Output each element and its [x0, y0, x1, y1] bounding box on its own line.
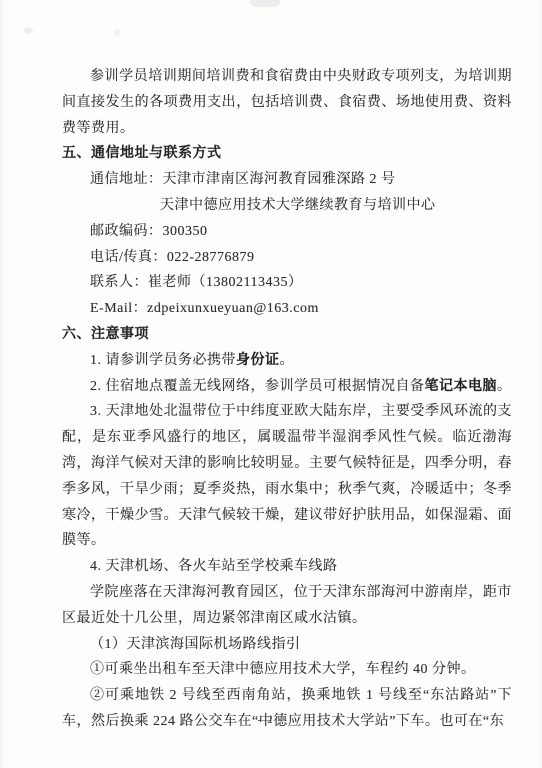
section-6-heading: 六、注意事项 — [62, 322, 512, 348]
note-1-period: 。 — [280, 353, 295, 368]
note-2-text: 2. 住宿地点覆盖无线网络，参训学员可根据情况自备 — [90, 379, 425, 394]
address-line-2: 天津中德应用技术大学继续教育与培训中心 — [62, 193, 512, 219]
page-number: - 2 - — [0, 715, 542, 726]
route-1-title: （1）天津滨海国际机场路线指引 — [62, 632, 512, 658]
note-2-period: 。 — [497, 379, 512, 394]
section-5-heading: 五、通信地址与联系方式 — [62, 141, 512, 167]
note-item-3-climate: 3. 天津地处北温带位于中纬度亚欧大陆东岸，主要受季风环流的支配，是东亚季风盛行… — [62, 399, 512, 554]
scan-artifact-speck — [114, 29, 121, 36]
phone-fax-line: 电话/传真：022-28776879 — [62, 245, 512, 271]
scan-artifact-left-edge — [0, 0, 4, 768]
scan-artifact-speck — [24, 27, 33, 34]
note-item-4-title: 4. 天津机场、各火车站至学校乘车线路 — [62, 554, 512, 580]
note-item-4-paragraph: 学院座落在天津海河教育园区，位于天津东部海河中游南岸，距市区最近处十几公里，周边… — [62, 580, 512, 632]
scan-artifact-top-smudge — [250, 0, 280, 7]
route-1-step-2: ②可乘地铁 2 号线至西南角站，换乘地铁 1 号线至“东沽路站”下车，然后换乘 … — [62, 683, 512, 735]
note-1-text: 1. 请参训学员务必携带 — [90, 353, 236, 368]
document-body: 参训学员培训期间培训费和食宿费由中央财政专项列支，为培训期间直接发生的各项费用支… — [62, 64, 512, 735]
paragraph-funding: 参训学员培训期间培训费和食宿费由中央财政专项列支，为培训期间直接发生的各项费用支… — [62, 64, 512, 141]
note-item-2: 2. 住宿地点覆盖无线网络，参训学员可根据情况自备笔记本电脑。 — [62, 374, 512, 400]
document-page: 参训学员培训期间培训费和食宿费由中央财政专项列支，为培训期间直接发生的各项费用支… — [0, 0, 542, 768]
email-line: E-Mail：zdpeixunxueyuan@163.com — [62, 296, 512, 322]
note-1-bold-id-card: 身份证 — [236, 353, 280, 368]
contact-person-line: 联系人：崔老师（13802113435） — [62, 270, 512, 296]
note-item-1: 1. 请参训学员务必携带身份证。 — [62, 348, 512, 374]
note-2-bold-laptop: 笔记本电脑 — [425, 379, 498, 394]
route-1-step-1: ①可乘坐出租车至天津中德应用技术大学，车程约 40 分钟。 — [62, 657, 512, 683]
address-line-1: 通信地址：天津市津南区海河教育园雅深路 2 号 — [62, 167, 512, 193]
postcode-line: 邮政编码：300350 — [62, 219, 512, 245]
